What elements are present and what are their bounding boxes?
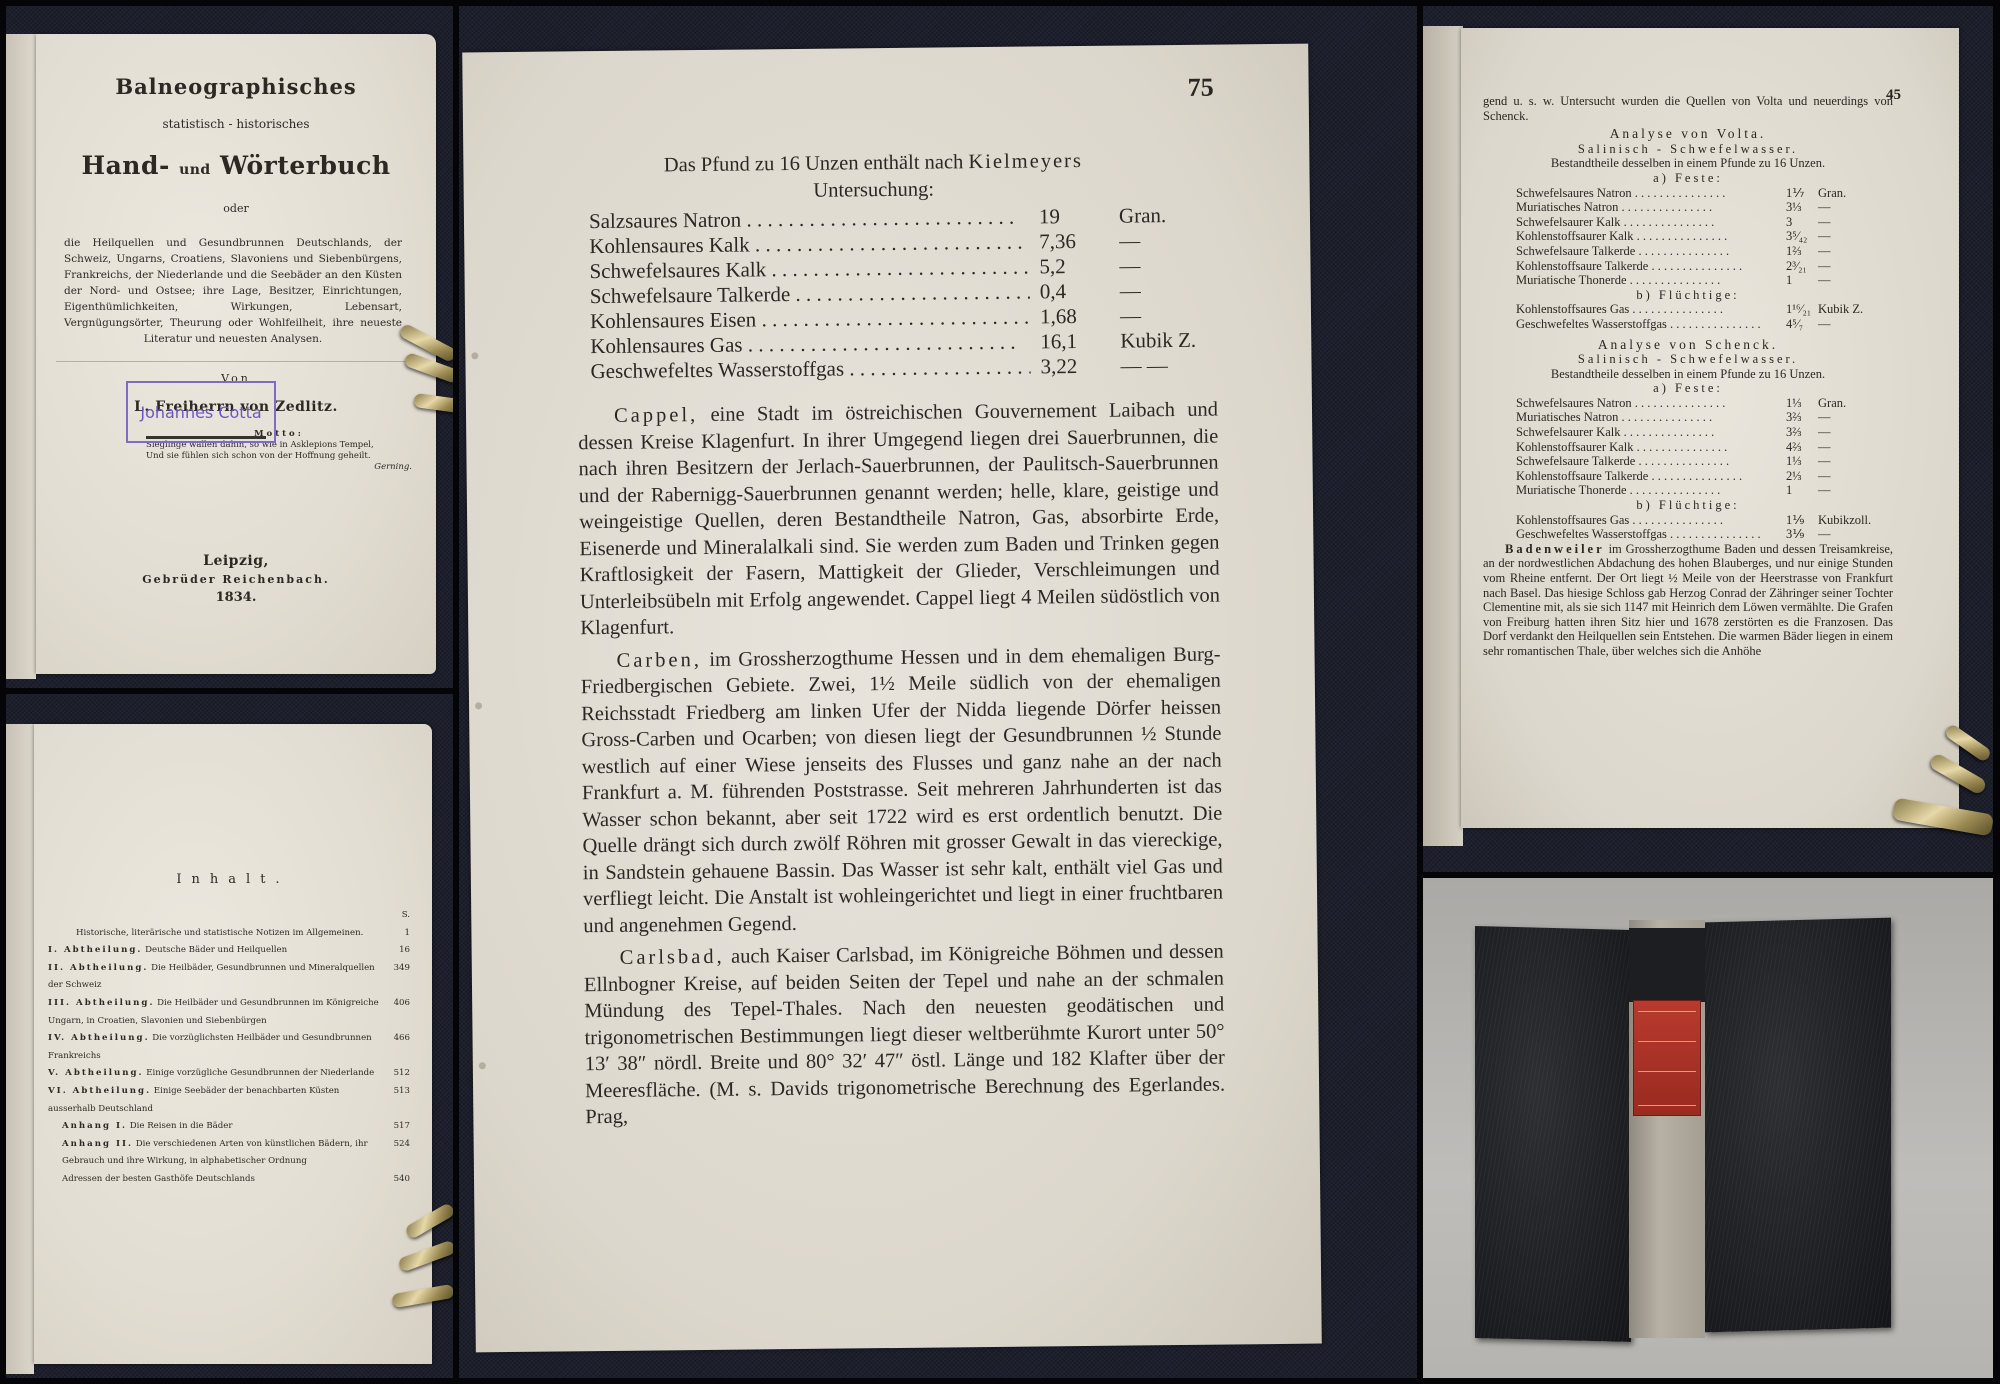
spine-title-label: [1633, 1000, 1701, 1116]
analysis-row: Schwefelsaurer Kalk3—: [1516, 215, 1886, 230]
title-small: und: [179, 162, 211, 178]
analysis-subtitle: Salinisch - Schwefelwasser.: [1483, 142, 1893, 157]
title-big-2: Wörterbuch: [220, 151, 391, 180]
volatiles-label: b) Flüchtige:: [1483, 288, 1893, 303]
page-number: 75: [1187, 75, 1213, 102]
page-75: 75 Das Pfund zu 16 Unzen enthält nach Ki…: [462, 44, 1322, 1353]
contents-list: S. Historische, literärische und statist…: [48, 907, 410, 1189]
motto-author: Gerning.: [146, 462, 412, 473]
photo-contents-page: Inhalt. S. Historische, literärische und…: [6, 694, 453, 1378]
analysis-table: Kohlenstoffsaures Gas1⅑Kubikzoll. Geschw…: [1516, 513, 1886, 542]
analysis-row: Kohlenstoffsaurer Kalk3⁵⁄₄₂—: [1516, 229, 1886, 244]
binding-holes: [468, 52, 490, 1352]
analysis-row: Kohlenstoffsaure Talkerde2³⁄₂₁—: [1516, 259, 1886, 274]
toc-entry: Anhang I. Die Reisen in die Bäder 517: [48, 1118, 410, 1136]
ownership-stamp: Johannes Cotta: [126, 381, 276, 443]
analysis-row: Muriatische Thonerde1—: [1516, 273, 1886, 288]
page-gutter: [6, 34, 36, 679]
entry-badenweiler: Badenweiler im Grossherzogthume Baden un…: [1483, 542, 1893, 659]
analysis-table: Schwefelsaures Natron1⅓Gran. Muriatische…: [1516, 396, 1886, 498]
toc-entry: V. Abtheilung. Einige vorzügliche Gesund…: [48, 1065, 410, 1083]
analysis-row: Geschwefeltes Wasserstoffgas3,22— —: [590, 353, 1210, 384]
analysis-row: Kohlenstoffsaures Gas1⅑Kubikzoll.: [1516, 513, 1886, 528]
solids-label: a) Feste:: [1483, 171, 1893, 186]
title-line-1: Balneographisches: [36, 74, 436, 99]
toc-entry: III. Abtheilung. Die Heilbäder und Gesun…: [48, 995, 410, 1030]
analysis-row: Muriatisches Natron3⅔—: [1516, 410, 1886, 425]
contents-page: Inhalt. S. Historische, literärische und…: [34, 724, 432, 1364]
photo-book-binding: [1423, 878, 1993, 1378]
photo-page-45: 45 gend u. s. w. Untersucht wurden die Q…: [1423, 6, 1993, 872]
analysis-row: Schwefelsaurer Kalk3⅔—: [1516, 425, 1886, 440]
analysis-table: Salzsaures Natron19Gran. Kohlensaures Ka…: [589, 203, 1211, 384]
photo-title-page: Balneographisches statistisch - historis…: [6, 6, 453, 688]
toc-entry: Anhang II. Die verschiedenen Arten von k…: [48, 1136, 410, 1171]
analysis-title: Analyse von Schenck.: [1483, 338, 1893, 353]
motto-line-2: Und sie fühlen sich schon von der Hoffnu…: [146, 451, 412, 462]
title-page: Balneographisches statistisch - historis…: [36, 34, 436, 674]
toc-entry: Adressen der besten Gasthöfe Deutschland…: [48, 1171, 410, 1189]
toc-entry: I. Abtheilung. Deutsche Bäder und Heilqu…: [48, 942, 410, 960]
toc-entry: Historische, literärische und statistisc…: [48, 925, 410, 943]
title-main: Hand- und Wörterbuch: [36, 151, 436, 180]
analysis-row: Schwefelsaures Natron1⅓Gran.: [1516, 396, 1886, 411]
entry-carben: Carben, im Grossherzogthume Hessen und i…: [580, 641, 1223, 939]
analysis-row: Geschwefeltes Wasserstoffgas4⁵⁄₇—: [1516, 317, 1886, 332]
solids-label: a) Feste:: [1483, 381, 1893, 396]
page-45: 45 gend u. s. w. Untersucht wurden die Q…: [1461, 28, 1959, 828]
toc-entry: VI. Abtheilung. Einige Seebäder der bena…: [48, 1083, 410, 1118]
book-spine: [1629, 920, 1705, 1338]
toc-entry: II. Abtheilung. Die Heilbäder, Gesundbru…: [48, 960, 410, 995]
facing-page-edge: [1423, 26, 1463, 846]
title-line-2: statistisch - historisches: [36, 117, 436, 131]
publish-year: 1834.: [36, 590, 436, 605]
analysis-caption: Bestandtheile desselben in einem Pfunde …: [1483, 156, 1893, 171]
entry-list: Cappel, eine Stadt im östreichischen Gou…: [578, 397, 1226, 1137]
contents-heading: Inhalt.: [34, 872, 432, 887]
analysis-table: Schwefelsaures Natron1⅐Gran. Muriatische…: [1516, 186, 1886, 288]
analysis-title: Analyse von Volta.: [1483, 127, 1893, 142]
stamp-underline: [146, 436, 266, 439]
title-oder: oder: [36, 202, 436, 215]
entry-carlsbad: Carlsbad, auch Kaiser Carlsbad, im König…: [584, 939, 1226, 1131]
page-gutter: [6, 724, 34, 1374]
back-board: [1705, 918, 1891, 1333]
front-board: [1475, 926, 1631, 1342]
title-big-1: Hand-: [81, 151, 169, 180]
analysis-row: Muriatisches Natron3⅓—: [1516, 200, 1886, 215]
analysis-subtitle: Salinisch - Schwefelwasser.: [1483, 352, 1893, 367]
analysis-row: Geschwefeltes Wasserstoffgas3⅑—: [1516, 527, 1886, 542]
spine-top-band: [1629, 928, 1705, 1002]
page-intro: gend u. s. w. Untersucht wurden die Quel…: [1483, 94, 1893, 123]
analysis-intro: Das Pfund zu 16 Unzen enthält nach Kielm…: [563, 147, 1184, 206]
page-column-header: S.: [48, 907, 410, 925]
publisher: Gebrüder Reichenbach.: [36, 573, 436, 586]
analysis-caption: Bestandtheile desselben in einem Pfunde …: [1483, 367, 1893, 382]
analysis-row: Schwefelsaure Talkerde1⅔—: [1516, 244, 1886, 259]
title-description: die Heilquellen und Gesundbrunnen Deutsc…: [64, 235, 402, 347]
toc-entry: IV. Abtheilung. Die vorzüglichsten Heilb…: [48, 1030, 410, 1065]
photo-page-75: 75 Das Pfund zu 16 Unzen enthält nach Ki…: [459, 6, 1417, 1378]
entry-cappel: Cappel, eine Stadt im östreichischen Gou…: [578, 397, 1220, 642]
analysis-row: Schwefelsaure Talkerde1⅓—: [1516, 454, 1886, 469]
analysis-row: Schwefelsaures Natron1⅐Gran.: [1516, 186, 1886, 201]
volatiles-label: b) Flüchtige:: [1483, 498, 1893, 513]
analysis-row: Kohlenstoffsaures Gas1¹⁶⁄₂₁Kubik Z.: [1516, 302, 1886, 317]
analysis-row: Muriatische Thonerde1—: [1516, 483, 1886, 498]
analysis-row: Kohlenstoffsaurer Kalk4⅔—: [1516, 440, 1886, 455]
publish-place: Leipzig,: [36, 553, 436, 569]
analysis-table: Kohlenstoffsaures Gas1¹⁶⁄₂₁Kubik Z. Gesc…: [1516, 302, 1886, 331]
analysis-row: Kohlenstoffsaure Talkerde2⅓—: [1516, 469, 1886, 484]
divider: [56, 361, 416, 362]
